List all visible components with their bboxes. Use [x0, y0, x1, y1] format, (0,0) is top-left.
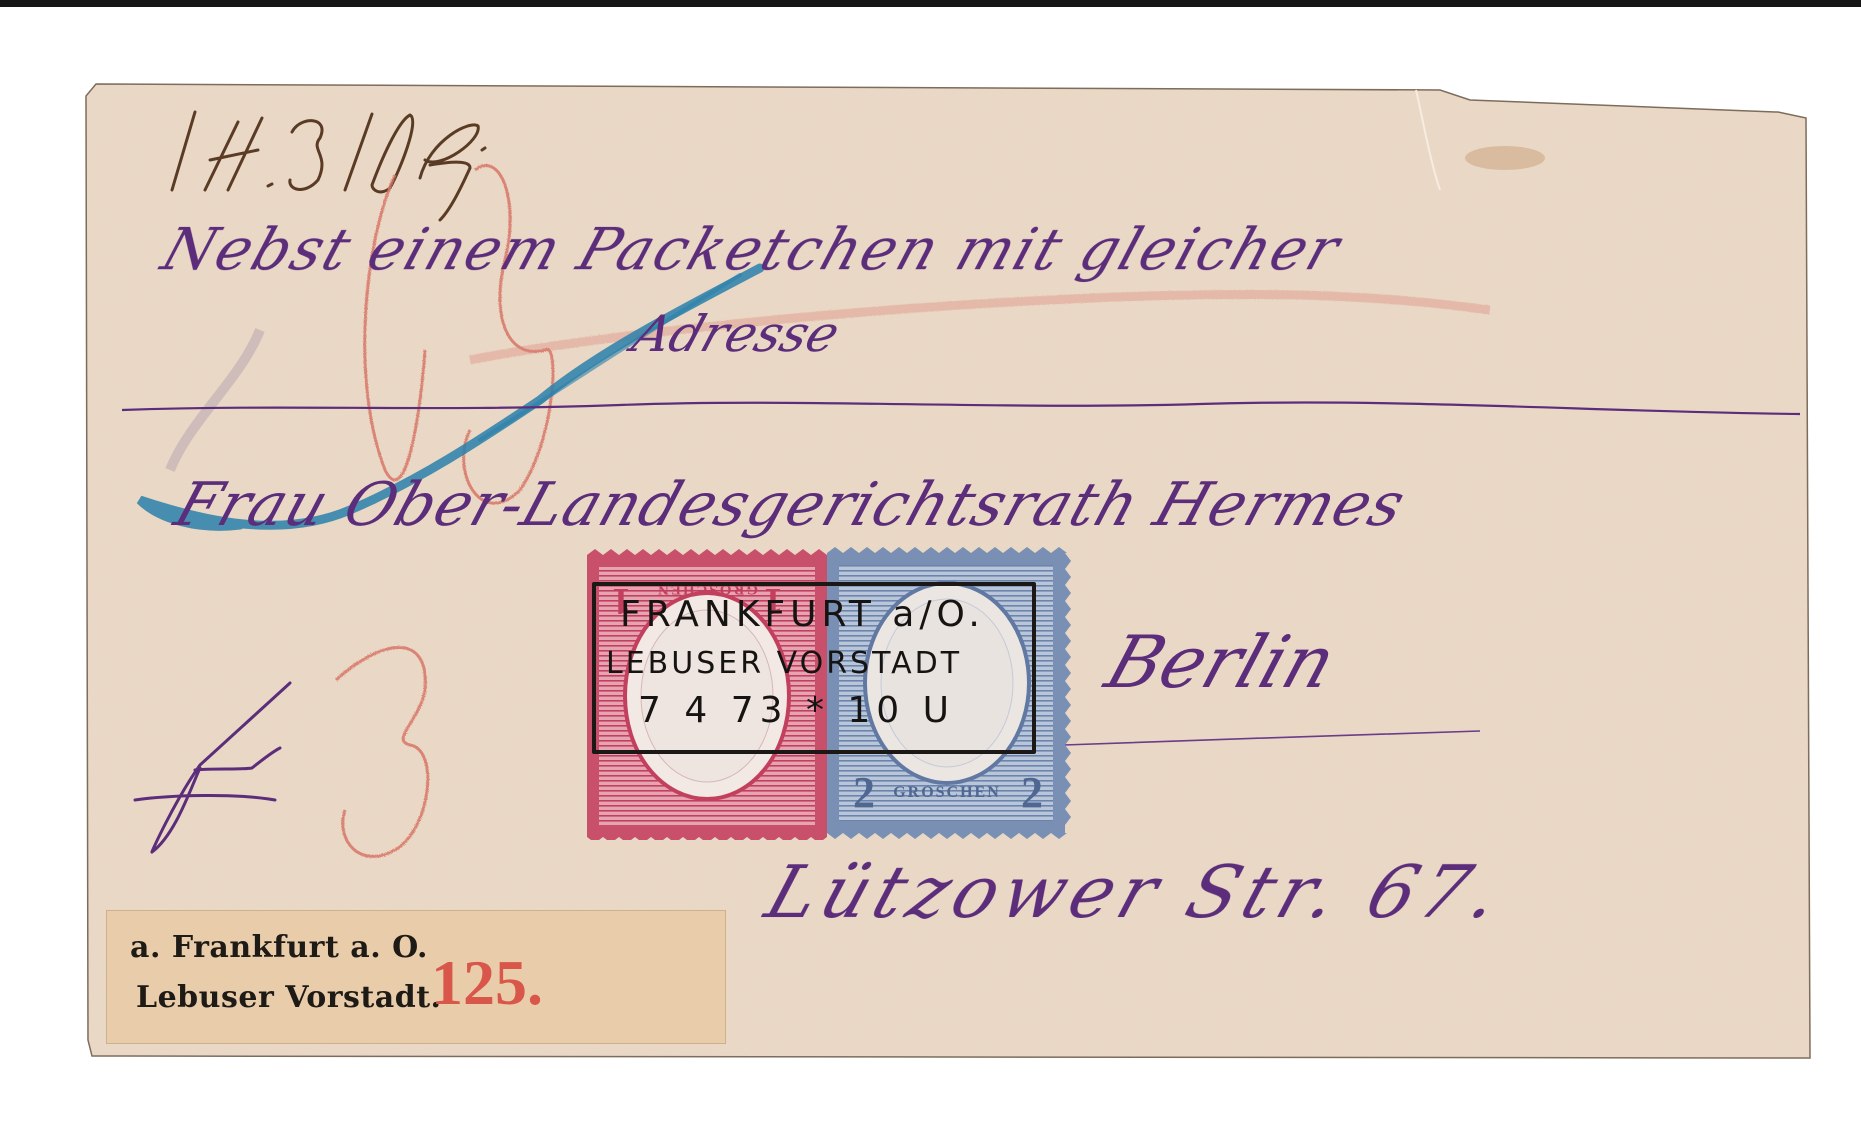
postmark-line-1: FRANKFURT a/O. — [620, 594, 985, 635]
postmark-line-3: 7 4 73 * 10 U — [638, 690, 955, 731]
svg-text:GROSCHEN: GROSCHEN — [893, 784, 1001, 801]
svg-text:2: 2 — [853, 768, 875, 817]
label-office-line-1: a. Frankfurt a. O. — [130, 930, 428, 965]
label-office-line-2: Lebuser Vorstadt. — [136, 980, 442, 1015]
postmark-box: FRANKFURT a/O. LEBUSER VORSTADT 7 4 73 *… — [592, 582, 1036, 754]
svg-text:2: 2 — [1021, 768, 1043, 817]
registration-label: a. Frankfurt a. O. Lebuser Vorstadt. 125… — [106, 910, 726, 1044]
postmark-line-2: LEBUSER VORSTADT — [606, 646, 962, 681]
envelope: Nebst einem Packetchen mit gleicher Adre… — [0, 0, 1861, 1127]
registration-number: 125. — [431, 946, 543, 1020]
